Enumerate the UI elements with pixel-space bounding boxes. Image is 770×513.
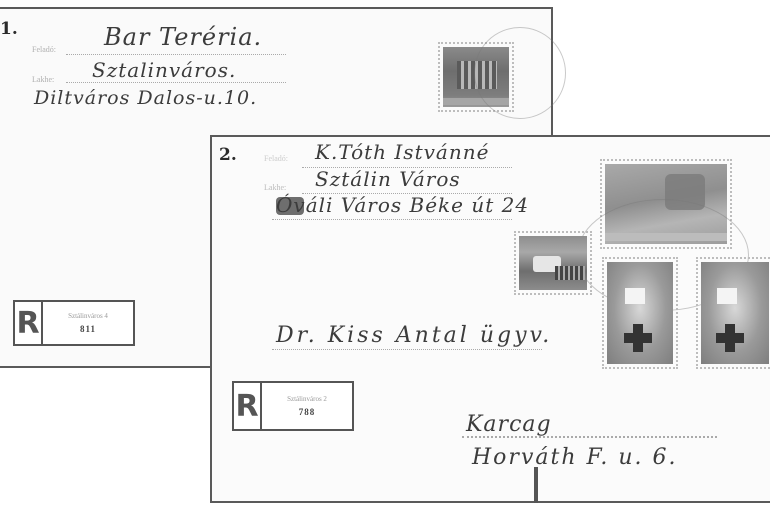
dotted-line: [272, 219, 512, 220]
address-label: Lakhe:: [264, 183, 286, 192]
sender-city: Sztalinváros.: [92, 58, 236, 82]
sender-street: Diltváros Dalos-u.10.: [34, 87, 257, 109]
post-office: Sztálinváros 4: [68, 312, 108, 320]
sender-city: Sztálin Város: [315, 167, 461, 191]
recipient-city: Karcag: [466, 412, 552, 437]
registration-number: 788: [299, 407, 316, 417]
post-office: Sztálinváros 2: [287, 395, 327, 403]
registration-label: R Sztálinváros 2 788: [232, 381, 354, 431]
ink-drip: [534, 467, 538, 503]
registration-number: 811: [80, 324, 96, 334]
dotted-line: [66, 54, 286, 55]
sender-label: Feladó:: [264, 154, 288, 163]
sender-name: Bar Teréria.: [104, 23, 262, 51]
sender-name: K.Tóth Istvánné: [315, 140, 489, 164]
envelope-2: 2. Feladó: K.Tóth Istvánné Lakhe: Sztáli…: [210, 135, 770, 503]
envelope-number: 1.: [0, 19, 18, 39]
registration-letter: R: [15, 302, 43, 344]
envelope-number: 2.: [219, 145, 237, 165]
registration-label: R Sztálinváros 4 811: [13, 300, 135, 346]
registration-letter: R: [234, 383, 262, 429]
sender-label: Feladó:: [32, 45, 56, 54]
recipient-street: Horváth F. u. 6.: [472, 445, 677, 470]
red-cross-stamp: [602, 257, 678, 369]
building-stamp: [514, 231, 592, 295]
address-label: Lakhe:: [32, 75, 54, 84]
postmark: [474, 27, 566, 119]
red-cross-stamp: [696, 257, 770, 369]
recipient-name: Dr. Kiss Antal ügyv.: [276, 323, 552, 348]
sender-street: Óváli Város Béke út 24: [276, 193, 529, 217]
dotted-line: [66, 82, 286, 83]
dotted-line: [272, 349, 542, 350]
